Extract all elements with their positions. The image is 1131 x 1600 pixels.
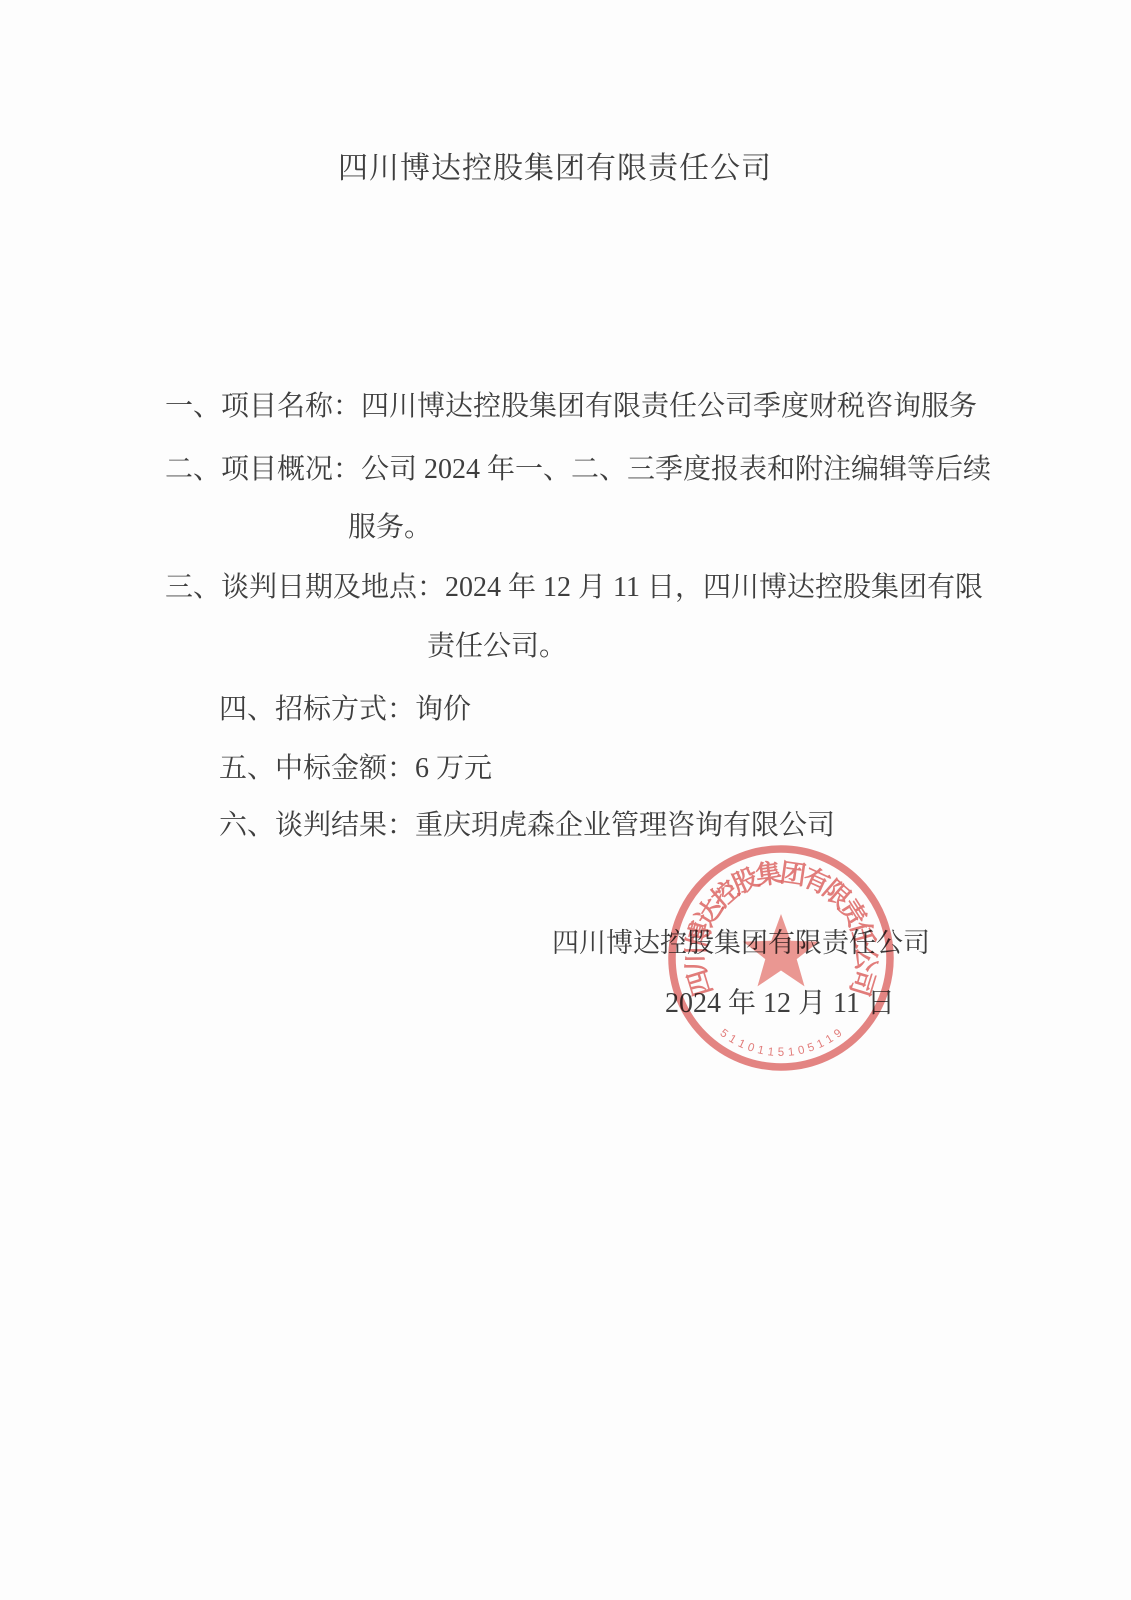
item-line-6: 六、谈判结果：重庆玥虎森企业管理咨询有限公司 — [219, 810, 835, 842]
item-line-2-cont: 服务。 — [348, 512, 432, 544]
document-page: 四川博达控股集团有限责任公司 一、项目名称：四川博达控股集团有限责任公司季度财税… — [0, 0, 1131, 1600]
seal-serial-digit: 0 — [746, 1041, 756, 1054]
seal-serial-digit: 1 — [767, 1046, 775, 1059]
seal-serial-digit: 1 — [815, 1038, 826, 1052]
seal-serial-digit: 9 — [832, 1027, 844, 1040]
seal-serial-digit: 1 — [726, 1033, 738, 1047]
seal-serial-digit: 1 — [756, 1044, 765, 1057]
page-title: 四川博达控股集团有限责任公司 — [0, 152, 1110, 187]
item-line-2: 二、项目概况：公司 2024 年一、二、三季度报表和附注编辑等后续 — [165, 454, 991, 486]
seal-svg: 四川博达控股集团有限责任公司 5110115105119 — [667, 843, 897, 1073]
seal-serial-digit: 1 — [787, 1046, 795, 1059]
seal-serial-digit: 0 — [797, 1044, 806, 1057]
item-line-3: 三、谈判日期及地点：2024 年 12 月 11 日，四川博达控股集团有限 — [165, 572, 983, 604]
seal-star-icon — [743, 914, 819, 986]
seal-serial-digit: 5 — [778, 1047, 784, 1059]
item-line-1: 一、项目名称：四川博达控股集团有限责任公司季度财税咨询服务 — [165, 391, 977, 423]
item-line-3-cont: 责任公司。 — [427, 631, 567, 663]
seal-serial-digit: 5 — [806, 1041, 816, 1054]
company-seal: 四川博达控股集团有限责任公司 5110115105119 — [667, 843, 897, 1073]
seal-serial-digit: 1 — [736, 1038, 747, 1052]
item-line-5: 五、中标金额：6 万元 — [219, 753, 492, 785]
item-line-4: 四、招标方式：询价 — [219, 694, 471, 726]
